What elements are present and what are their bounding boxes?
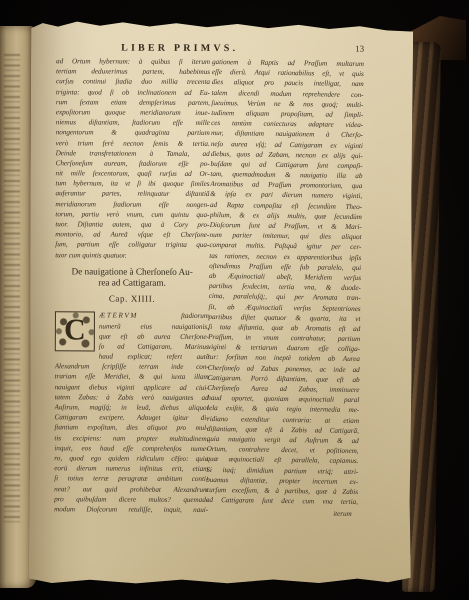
text-line: ſi totius terræ peragratæ ambitum conti- <box>54 474 208 485</box>
text-line: pro quibuſdam dicere multos? quemad- <box>54 494 208 505</box>
chapter-number: Cap. XIIII. <box>55 293 209 304</box>
chapter-heading-line1: De nauigatione à Cherſoneſo Au- <box>55 267 209 279</box>
text-line: ad Ortum hybernum: à quibus ſi iterum <box>56 56 210 67</box>
paragraph-1: ad Ortum hybernum: à quibus ſi iterumter… <box>55 56 210 250</box>
chapter-heading-line2: rea ad Cattigaram. <box>55 278 209 290</box>
text-line: Alexandrum ſcripſiſſe terram inde con- <box>55 362 209 373</box>
lead-word: ÆTERVM <box>99 312 138 320</box>
text-line: Cattigaram excipere. Adauget igitur di- <box>54 413 208 424</box>
text-line: nit mille ſexcentorum, quaſi rurſus ad O… <box>56 168 210 179</box>
left-text-column: ad Ortum hybernum: à quibus ſi iterumter… <box>54 56 210 515</box>
text-line: neat? aut quid prohibebat Alexandrum <box>54 484 208 495</box>
text-line: inquit, eos haud eſſe comprehenſos nume- <box>54 443 208 454</box>
paragraph-2: C ÆTERVM ſtadiorum numerũ eius nauigatio… <box>54 311 209 515</box>
text-line: trariam eſſe Meridiei, & qui iuxta illam <box>55 372 209 383</box>
chapter-heading: De nauigatione à Cherſoneſo Au- rea ad C… <box>55 267 209 290</box>
text-line: nauigant diebus viginti applicare ad ciu… <box>55 382 209 393</box>
text-line: ad Cattigaram ſunt dece cum vna tertia, <box>206 495 358 507</box>
text-line: numerũ eius nauigationis, <box>99 321 209 332</box>
text-line: auferantur partes, relinquatur diſtantiã <box>55 189 209 200</box>
text-line: ſum, partium eſſe colligatur triginta qu… <box>55 240 209 251</box>
text-line: Auſtrum, magiſq́; in leuã, diebus aliquo… <box>55 402 209 413</box>
text-line: niemus diſtantiam, ſtadiorum eſſe mille <box>56 117 210 128</box>
text-line: tuor. Diſtantia autem, qua à Cory pro- <box>55 219 209 230</box>
text-line: quæ eſt ab aurea Cherſone- <box>99 331 209 342</box>
text-line: expoſitorum quoque meridianorum inue- <box>56 107 210 118</box>
right-text-column: gationem à Raptis ad Praſſum multarumeſſ… <box>206 57 364 520</box>
text-line: tertiam deduxerimus partem, habebimus <box>56 66 210 77</box>
paragraph-1-last-line: tuor cum quintis quatuor. <box>55 250 209 261</box>
text-line: modum Dioſcorum retuliſſe, inquit, naui- <box>54 504 208 515</box>
book-page: LIBER PRIMVS. 13 ad Ortum hybernum: à qu… <box>29 19 413 587</box>
book-photo: LIBER PRIMVS. 13 ad Ortum hybernum: à qu… <box>0 0 469 600</box>
text-line: eorū dierum numerus infinitus erit, etia… <box>54 463 208 474</box>
facing-page-text-fragments <box>4 54 20 524</box>
folio-number: 13 <box>355 44 364 54</box>
text-line: Cherſoneſum auream, ſtadiorum eſſe po- <box>56 158 210 169</box>
running-head-title: LIBER PRIMVS. <box>121 43 238 55</box>
text-line: nongentorum & quadraginta partium <box>56 128 210 139</box>
text-line: tum hybernum, ita vt ſi ibi quoque ſimil… <box>55 179 209 190</box>
text-line: triginta: quod ſi ob inclinationem ad Eu… <box>56 87 210 98</box>
text-line: haud explicat; refert autẽ <box>99 352 209 363</box>
text-line: ro, quod ego quidem ridiculum cẽſeo: qui… <box>54 453 208 464</box>
text-line: ſo ad Cattigaram, Marinus <box>99 341 209 352</box>
woodcut-initial-c: C <box>55 312 95 352</box>
catchword: iterum <box>206 507 358 519</box>
text-line: curſus continui ſtadia duo millia trecen… <box>56 77 210 88</box>
text-line: meridianorum ſtadiorum eſſe nongen- <box>55 199 209 210</box>
text-line: tatem Zabas: à Zabis verò nauigantes ad <box>55 392 209 403</box>
text-line: Deinde transfretationem à Tamala, ad <box>56 148 210 159</box>
text-line: torum, partiu verò vnum, cum quintu qua- <box>55 209 209 220</box>
text-line: ÆTERVM ſtadiorum <box>99 311 209 322</box>
lead-word-rest: ſtadiorum <box>138 312 209 320</box>
text-line: montorio, ad Aureã vſque eſt Cherſone- <box>55 229 209 240</box>
right-column-lines: gationem à Raptis ad Praſſum multarumeſſ… <box>206 57 364 507</box>
text-line: rum ſextam etiam dempſerimus partem, <box>56 97 210 108</box>
text-line: tis excipiens: nam propter multitudinem, <box>54 433 208 444</box>
text-line: ſtantiam expoſitam, dies aliquot pro mul… <box>54 423 208 434</box>
text-line: verò trium ferè necnon ſemis & tertia. <box>56 138 210 149</box>
